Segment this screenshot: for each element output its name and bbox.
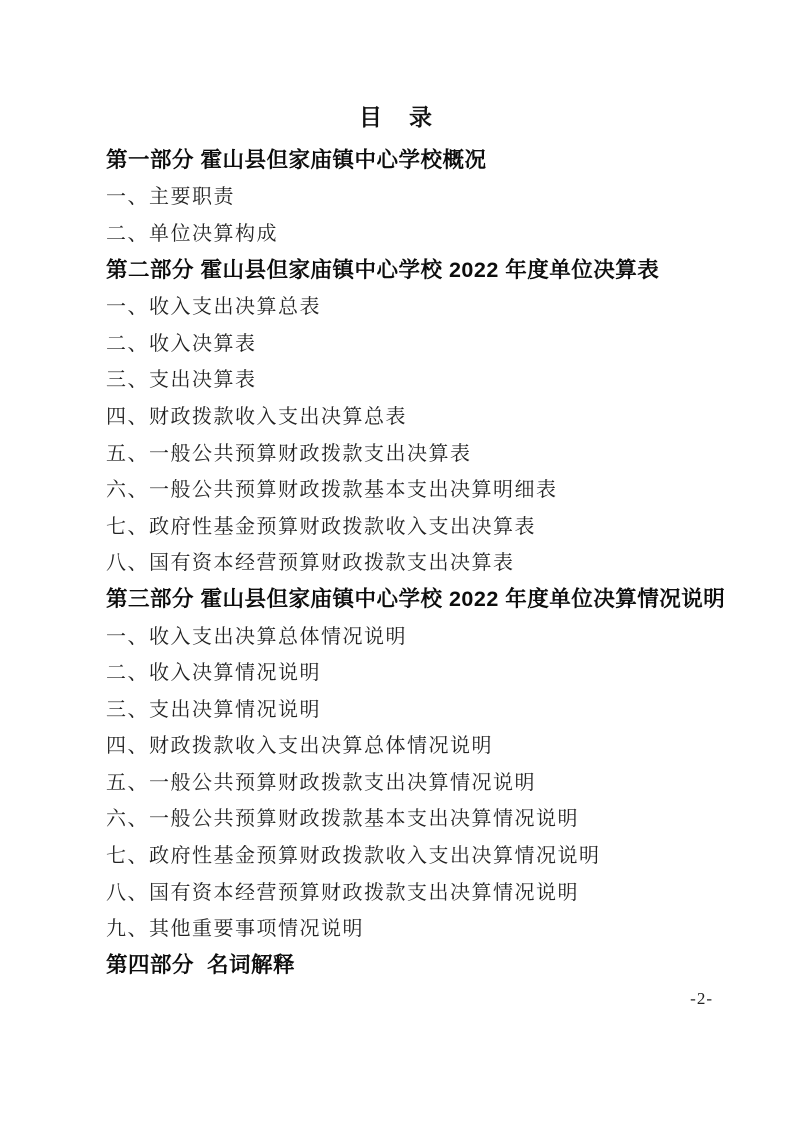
toc-title: 目 录 bbox=[0, 99, 793, 132]
toc-item: 六、一般公共预算财政拨款基本支出决算明细表 bbox=[0, 469, 793, 506]
toc-item: 八、国有资本经营预算财政拨款支出决算表 bbox=[0, 543, 793, 580]
toc-item: 五、一般公共预算财政拨款支出决算表 bbox=[0, 433, 793, 470]
page-number: -2- bbox=[690, 989, 713, 1009]
toc-section-heading: 第三部分 霍山县但家庙镇中心学校 2022 年度单位决算情况说明 bbox=[0, 579, 793, 616]
toc-item: 七、政府性基金预算财政拨款收入支出决算表 bbox=[0, 506, 793, 543]
document-page: 目 录 第一部分 霍山县但家庙镇中心学校概况一、主要职责二、单位决算构成第二部分… bbox=[0, 0, 793, 1122]
toc-item: 一、收入支出决算总表 bbox=[0, 286, 793, 323]
toc-section-heading: 第一部分 霍山县但家庙镇中心学校概况 bbox=[0, 140, 793, 177]
toc-section-heading: 第四部分 名词解释 bbox=[0, 945, 793, 982]
toc-item: 四、财政拨款收入支出决算总表 bbox=[0, 396, 793, 433]
toc-item: 四、财政拨款收入支出决算总体情况说明 bbox=[0, 726, 793, 763]
toc-item: 一、主要职责 bbox=[0, 177, 793, 214]
toc-item: 二、收入决算表 bbox=[0, 323, 793, 360]
toc-item: 三、支出决算表 bbox=[0, 360, 793, 397]
toc-item: 二、收入决算情况说明 bbox=[0, 652, 793, 689]
toc-item: 三、支出决算情况说明 bbox=[0, 689, 793, 726]
toc-item: 五、一般公共预算财政拨款支出决算情况说明 bbox=[0, 762, 793, 799]
toc-list: 第一部分 霍山县但家庙镇中心学校概况一、主要职责二、单位决算构成第二部分 霍山县… bbox=[0, 140, 793, 982]
toc-section-heading: 第二部分 霍山县但家庙镇中心学校 2022 年度单位决算表 bbox=[0, 250, 793, 287]
toc-item: 九、其他重要事项情况说明 bbox=[0, 908, 793, 945]
toc-item: 一、收入支出决算总体情况说明 bbox=[0, 616, 793, 653]
toc-item: 二、单位决算构成 bbox=[0, 213, 793, 250]
toc-item: 八、国有资本经营预算财政拨款支出决算情况说明 bbox=[0, 872, 793, 909]
toc-item: 七、政府性基金预算财政拨款收入支出决算情况说明 bbox=[0, 835, 793, 872]
toc-item: 六、一般公共预算财政拨款基本支出决算情况说明 bbox=[0, 799, 793, 836]
